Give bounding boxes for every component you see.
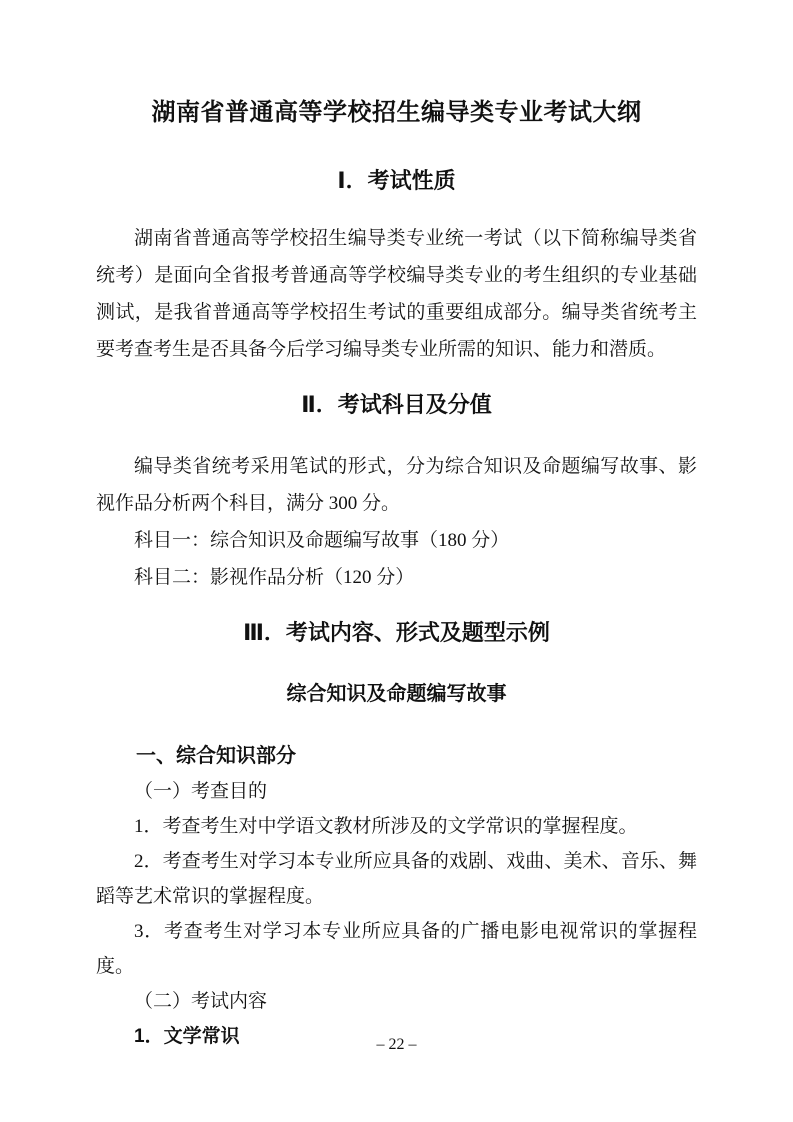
section3-heading: Ⅲ．考试内容、形式及题型示例 xyxy=(96,616,697,650)
goal-section: （一）考查目的 1．考查考生对中学语文教材所涉及的文学常识的掌握程度。 2．考查… xyxy=(96,774,697,1019)
subject2-line: 科目二：影视作品分析（120 分） xyxy=(96,559,697,596)
sub2-heading: （二）考试内容 xyxy=(96,984,697,1019)
section2-paragraph: 编导类省统考采用笔试的形式，分为综合知识及命题编写故事、影视作品分析两个科目，满… xyxy=(96,448,697,522)
goal-item-2: 2．考查考生对学习本专业所应具备的戏剧、戏曲、美术、音乐、舞蹈等艺术常识的掌握程… xyxy=(96,844,697,914)
subject1-line: 科目一：综合知识及命题编写故事（180 分） xyxy=(96,522,697,559)
goal-item-1: 1．考查考生对中学语文教材所涉及的文学常识的掌握程度。 xyxy=(96,809,697,844)
document-title: 湖南省普通高等学校招生编导类专业考试大纲 xyxy=(96,96,697,130)
section1-paragraph: 湖南省普通高等学校招生编导类专业统一考试（以下简称编导类省统考）是面向全省报考普… xyxy=(96,220,697,368)
goal-item-3: 3．考查考生对学习本专业所应具备的广播电影电视常识的掌握程度。 xyxy=(96,914,697,984)
section3-subtitle: 综合知识及命题编写故事 xyxy=(96,678,697,710)
part1-heading: 一、综合知识部分 xyxy=(96,738,697,774)
page-number: – 22 – xyxy=(0,1036,793,1054)
sub1-heading: （一）考查目的 xyxy=(96,774,697,809)
section1-heading: Ⅰ．考试性质 xyxy=(96,164,697,198)
document-page: 湖南省普通高等学校招生编导类专业考试大纲 Ⅰ．考试性质 湖南省普通高等学校招生编… xyxy=(0,0,793,1122)
section2-heading: Ⅱ．考试科目及分值 xyxy=(96,388,697,422)
